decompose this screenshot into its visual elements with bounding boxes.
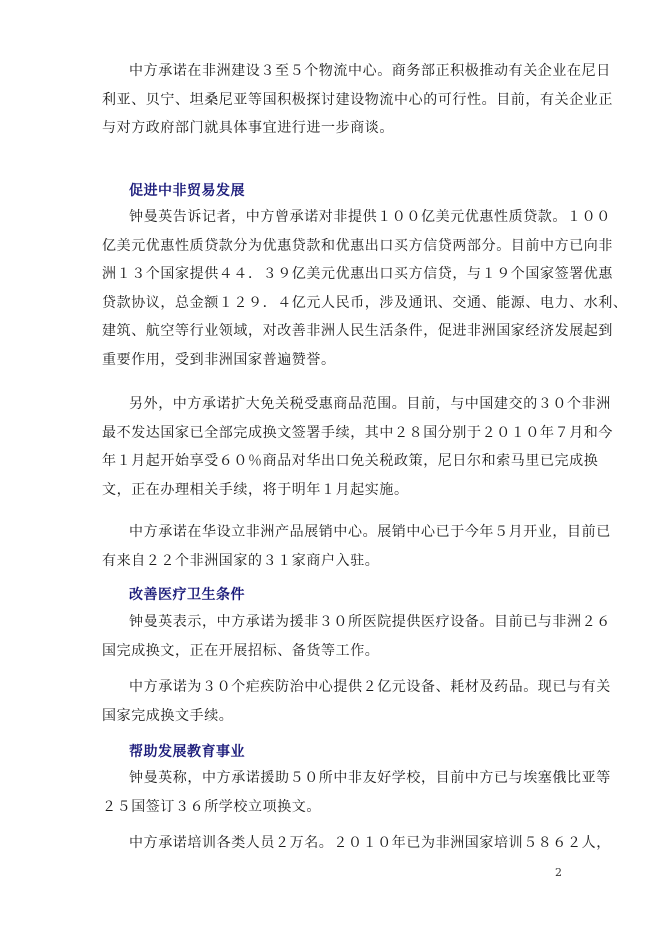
text-line: 洲１３个国家提供４４．３９亿美元优惠出口买方信贷，与１９个国家签署优惠 bbox=[102, 260, 562, 289]
paragraph-hospitals: 钟曼英表示，中方承诺为援非３０所医院提供医疗设备。目前已与非洲２６ 国完成换文，… bbox=[102, 608, 562, 665]
text-line: 钟曼英称，中方承诺援助５０所中非友好学校，目前中方已与埃塞俄比亚等 bbox=[102, 764, 562, 793]
paragraph-training: 中方承诺培训各类人员２万名。２０１０年已为非洲国家培训５８６２人， bbox=[102, 829, 562, 858]
paragraph-schools: 钟曼英称，中方承诺援助５０所中非友好学校，目前中方已与埃塞俄比亚等 ２５国签订３… bbox=[102, 764, 562, 821]
text-line: ２５国签订３６所学校立项换文。 bbox=[102, 793, 562, 822]
text-line: 中方承诺为３０个疟疾防治中心提供２亿元设备、耗材及药品。现已与有关 bbox=[102, 673, 562, 702]
text-line: 贷款协议，总金额１２９．４亿元人民币，涉及通讯、交通、能源、电力、水利、 bbox=[102, 289, 562, 318]
text-line: 最不发达国家已全部完成换文签署手续，其中２８国分别于２０１０年７月和今 bbox=[102, 419, 562, 448]
text-line: 国完成换文，正在开展招标、备货等工作。 bbox=[102, 637, 562, 666]
text-line: 钟曼英表示，中方承诺为援非３０所医院提供医疗设备。目前已与非洲２６ bbox=[102, 608, 562, 637]
paragraph-malaria-centers: 中方承诺为３０个疟疾防治中心提供２亿元设备、耗材及药品。现已与有关 国家完成换文… bbox=[102, 673, 562, 730]
section-heading-healthcare: 改善医疗卫生条件 bbox=[129, 584, 245, 604]
section-heading-trade: 促进中非贸易发展 bbox=[129, 180, 245, 200]
text-line: 建筑、航空等行业领域，对改善非洲人民生活条件，促进非洲国家经济发展起到 bbox=[102, 317, 562, 346]
paragraph-tariffs: 另外，中方承诺扩大免关税受惠商品范围。目前，与中国建交的３０个非洲 最不发达国家… bbox=[102, 390, 562, 504]
text-line: 亿美元优惠性质贷款分为优惠贷款和优惠出口买方信贷两部分。目前中方已向非 bbox=[102, 232, 562, 261]
text-line: 重要作用，受到非洲国家普遍赞誉。 bbox=[102, 346, 562, 375]
text-line: 年１月起开始享受６０％商品对华出口免关税政策，尼日尔和索马里已完成换 bbox=[102, 447, 562, 476]
text-line: 有来自２２个非洲国家的３１家商户入驻。 bbox=[102, 547, 562, 576]
paragraph-exhibition-center: 中方承诺在华设立非洲产品展销中心。展销中心已于今年５月开业，目前已 有来自２２个… bbox=[102, 518, 562, 575]
text-line: 中方承诺培训各类人员２万名。２０１０年已为非洲国家培训５８６２人， bbox=[102, 829, 562, 858]
text-line: 文，正在办理相关手续，将于明年１月起实施。 bbox=[102, 476, 562, 505]
text-line: 中方承诺在华设立非洲产品展销中心。展销中心已于今年５月开业，目前已 bbox=[102, 518, 562, 547]
text-line: 国家完成换文手续。 bbox=[102, 702, 562, 731]
text-line: 钟曼英告诉记者，中方曾承诺对非提供１００亿美元优惠性质贷款。１００ bbox=[102, 203, 562, 232]
text-line: 与对方政府部门就具体事宜进行进一步商谈。 bbox=[102, 114, 562, 143]
section-heading-education: 帮助发展教育事业 bbox=[129, 741, 245, 761]
text-line: 利亚、贝宁、坦桑尼亚等国积极探讨建设物流中心的可行性。目前，有关企业正 bbox=[102, 86, 562, 115]
text-line: 另外，中方承诺扩大免关税受惠商品范围。目前，与中国建交的３０个非洲 bbox=[102, 390, 562, 419]
paragraph-logistics-centers: 中方承诺在非洲建设３至５个物流中心。商务部正积极推动有关企业在尼日 利亚、贝宁、… bbox=[102, 57, 562, 143]
page-number: 2 bbox=[555, 866, 562, 879]
paragraph-loans: 钟曼英告诉记者，中方曾承诺对非提供１００亿美元优惠性质贷款。１００ 亿美元优惠性… bbox=[102, 203, 562, 374]
text-line: 中方承诺在非洲建设３至５个物流中心。商务部正积极推动有关企业在尼日 bbox=[102, 57, 562, 86]
